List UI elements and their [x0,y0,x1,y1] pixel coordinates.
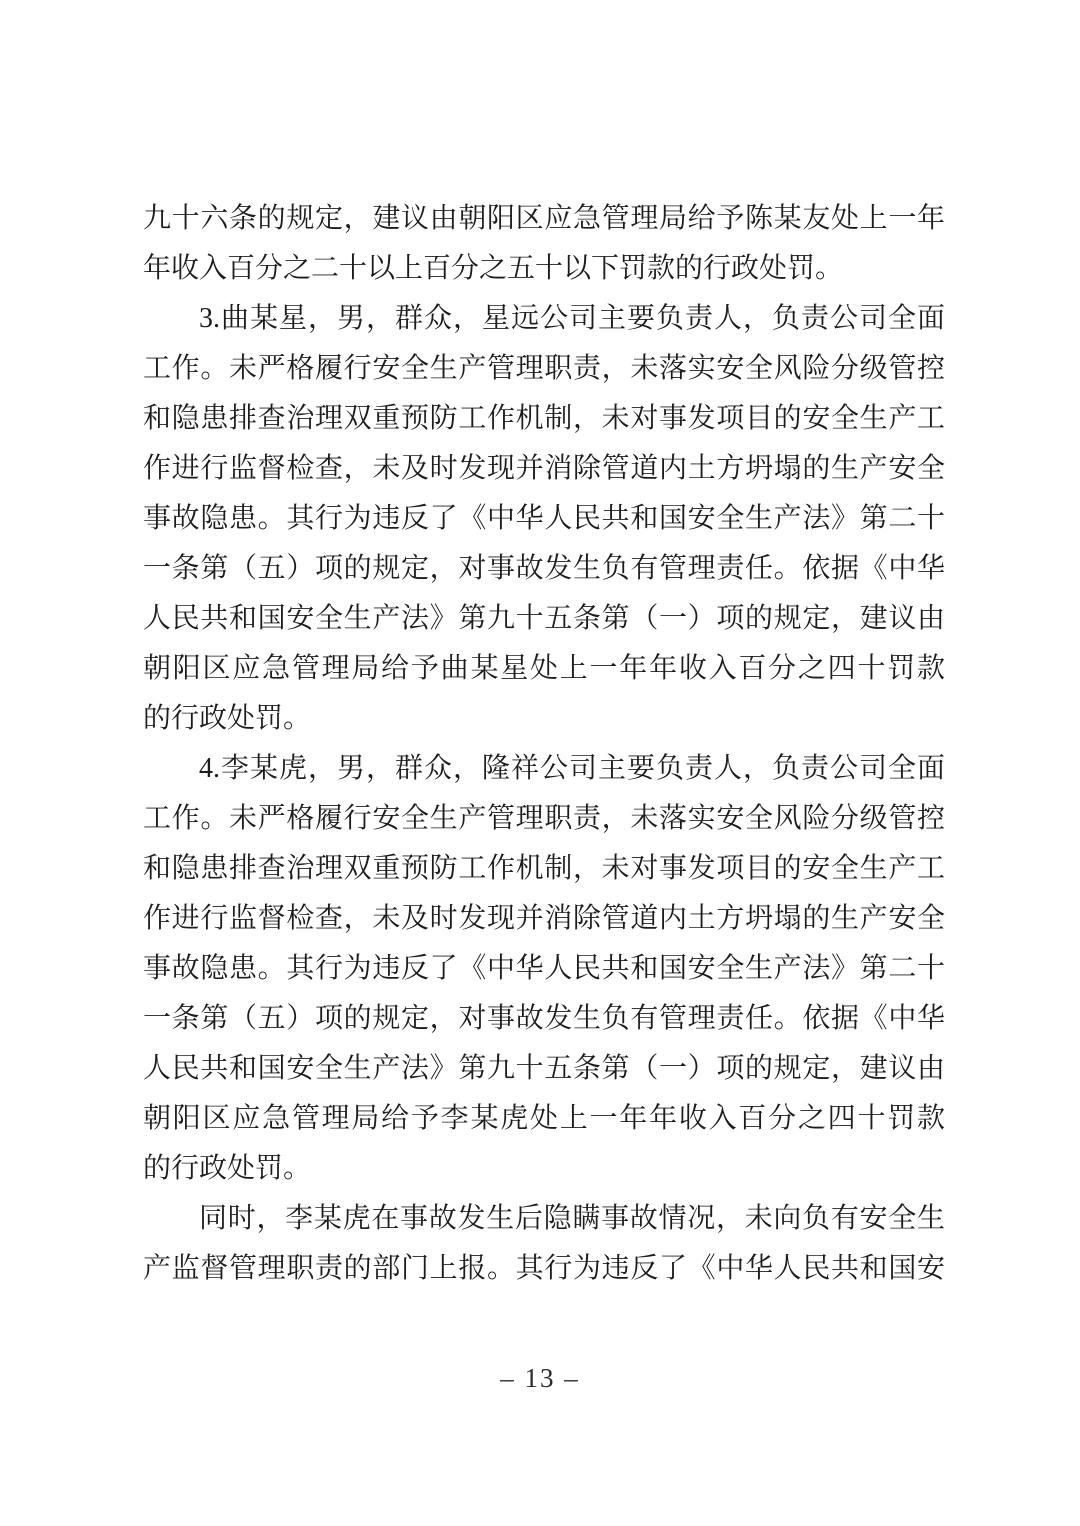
text-line: 的行政处罚。 [143,694,945,744]
text-line: 同时，李某虎在事故发生后隐瞒事故情况，未向负有安全生 [143,1194,945,1244]
text-line: 朝阳区应急管理局给予曲某星处上一年年收入百分之四十罚款 [143,644,945,694]
text-line: 作进行监督检查，未及时发现并消除管道内土方坍塌的生产安全 [143,444,945,494]
text-line: 和隐患排查治理双重预防工作机制，未对事发项目的安全生产工 [143,394,945,444]
paragraph: 同时，李某虎在事故发生后隐瞒事故情况，未向负有安全生产监督管理职责的部门上报。其… [143,1194,945,1294]
text-line: 工作。未严格履行安全生产管理职责，未落实安全风险分级管控 [143,344,945,394]
text-line: 事故隐患。其行为违反了《中华人民共和国安全生产法》第二十 [143,494,945,544]
text-line: 年收入百分之二十以上百分之五十以下罚款的行政处罚。 [143,244,945,294]
paragraph: 4.李某虎，男，群众，隆祥公司主要负责人，负责公司全面工作。未严格履行安全生产管… [143,744,945,1194]
text-block: 九十六条的规定，建议由朝阳区应急管理局给予陈某友处上一年年收入百分之二十以上百分… [143,194,945,1294]
text-line: 作进行监督检查，未及时发现并消除管道内土方坍塌的生产安全 [143,894,945,944]
paragraph: 九十六条的规定，建议由朝阳区应急管理局给予陈某友处上一年年收入百分之二十以上百分… [143,194,945,294]
document-page: 九十六条的规定，建议由朝阳区应急管理局给予陈某友处上一年年收入百分之二十以上百分… [0,0,1080,1526]
text-line: 和隐患排查治理双重预防工作机制，未对事发项目的安全生产工 [143,844,945,894]
text-line: 九十六条的规定，建议由朝阳区应急管理局给予陈某友处上一年 [143,194,945,244]
text-line: 一条第（五）项的规定，对事故发生负有管理责任。依据《中华 [143,544,945,594]
page-number: – 13 – [0,1362,1080,1394]
text-line: 4.李某虎，男，群众，隆祥公司主要负责人，负责公司全面 [143,744,945,794]
text-line: 人民共和国安全生产法》第九十五条第（一）项的规定，建议由 [143,1044,945,1094]
text-line: 的行政处罚。 [143,1144,945,1194]
text-line: 事故隐患。其行为违反了《中华人民共和国安全生产法》第二十 [143,944,945,994]
text-line: 朝阳区应急管理局给予李某虎处上一年年收入百分之四十罚款 [143,1094,945,1144]
paragraph: 3.曲某星，男，群众，星远公司主要负责人，负责公司全面工作。未严格履行安全生产管… [143,294,945,744]
text-line: 一条第（五）项的规定，对事故发生负有管理责任。依据《中华 [143,994,945,1044]
text-line: 工作。未严格履行安全生产管理职责，未落实安全风险分级管控 [143,794,945,844]
text-line: 3.曲某星，男，群众，星远公司主要负责人，负责公司全面 [143,294,945,344]
text-line: 产监督管理职责的部门上报。其行为违反了《中华人民共和国安 [143,1244,945,1294]
text-line: 人民共和国安全生产法》第九十五条第（一）项的规定，建议由 [143,594,945,644]
